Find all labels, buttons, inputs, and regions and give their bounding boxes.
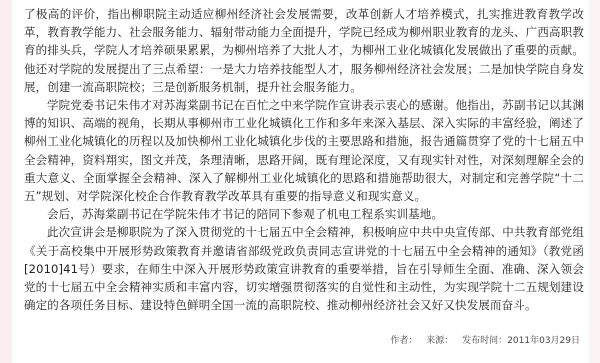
left-border-strip xyxy=(0,0,12,363)
article-paragraph: 了极高的评价，指出柳职院主动适应柳州经济社会发展需要，改革创新人才培养模式，扎实… xyxy=(24,5,584,96)
source-label: 来源： xyxy=(426,336,453,346)
article-paragraph: 此次宣讲会是柳职院为了深入贯彻党的十七届五中全会精神，积极响应中共中央宣传部、中… xyxy=(24,223,584,314)
article-meta: 作者： 来源： 发布时间：2011年03月29日 xyxy=(384,333,580,346)
publish-date-value: 2011年03月29日 xyxy=(507,336,580,346)
article-paragraph: 学院党委书记朱伟才对苏海棠副书记在百忙之中来学院作宣讲表示衷心的感谢。他指出，苏… xyxy=(24,96,584,205)
author-label: 作者： xyxy=(390,336,417,346)
article-body: 了极高的评价，指出柳职院主动适应柳州经济社会发展需要，改革创新人才培养模式，扎实… xyxy=(24,5,584,314)
article-paragraph: 会后，苏海棠副书记在学院朱伟才书记的陪同下参观了机电工程系实训基地。 xyxy=(24,205,584,223)
publish-date-label: 发布时间： xyxy=(462,336,507,346)
right-border-strip xyxy=(589,0,600,363)
